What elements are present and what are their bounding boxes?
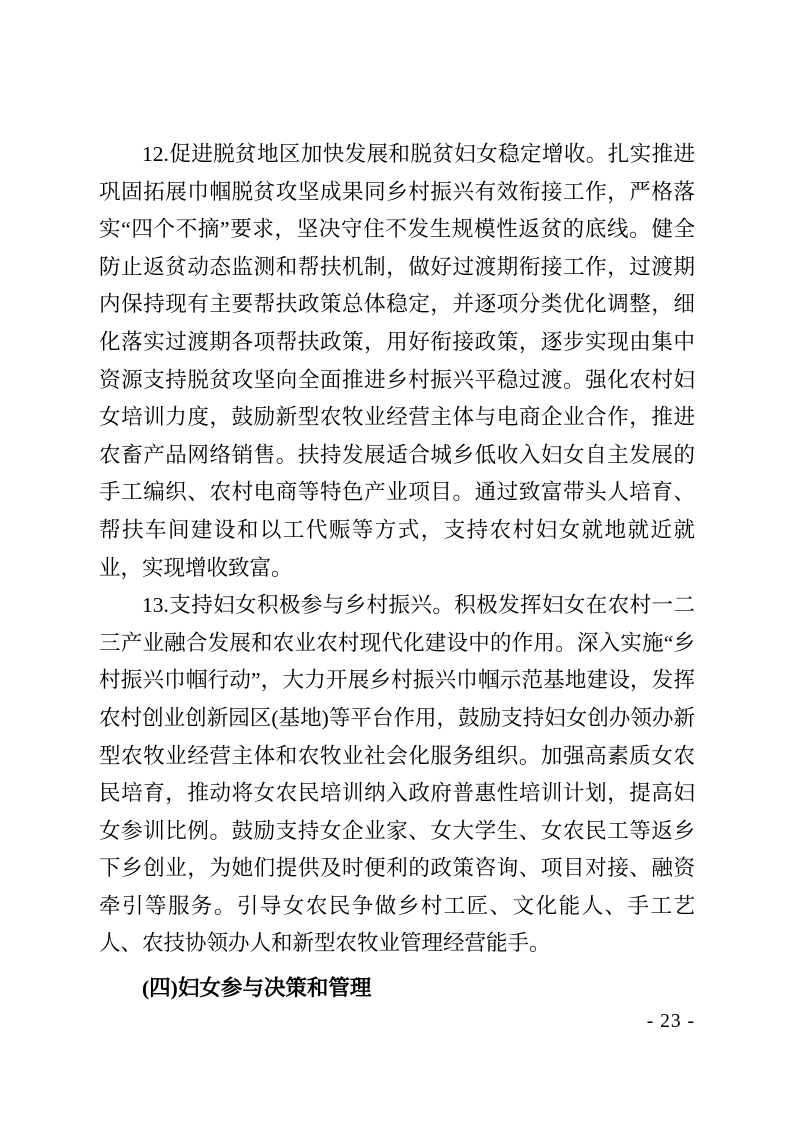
paragraph-13: 13.支持妇女积极参与乡村振兴。积极发挥妇女在农村一二三产业融合发展和农业农村现… (99, 587, 695, 963)
section-heading: (四)妇女参与决策和管理 (99, 970, 695, 1008)
paragraph-12: 12.促进脱贫地区加快发展和脱贫妇女稳定增收。扎实推进巩固拓展巾帼脱贫攻坚成果同… (99, 136, 695, 587)
document-page: 12.促进脱贫地区加快发展和脱贫妇女稳定增收。扎实推进巩固拓展巾帼脱贫攻坚成果同… (0, 0, 794, 1122)
document-body: 12.促进脱贫地区加快发展和脱贫妇女稳定增收。扎实推进巩固拓展巾帼脱贫攻坚成果同… (99, 136, 695, 1008)
page-footer: - 23 - (647, 1010, 695, 1034)
page-number: - 23 - (647, 1011, 695, 1032)
